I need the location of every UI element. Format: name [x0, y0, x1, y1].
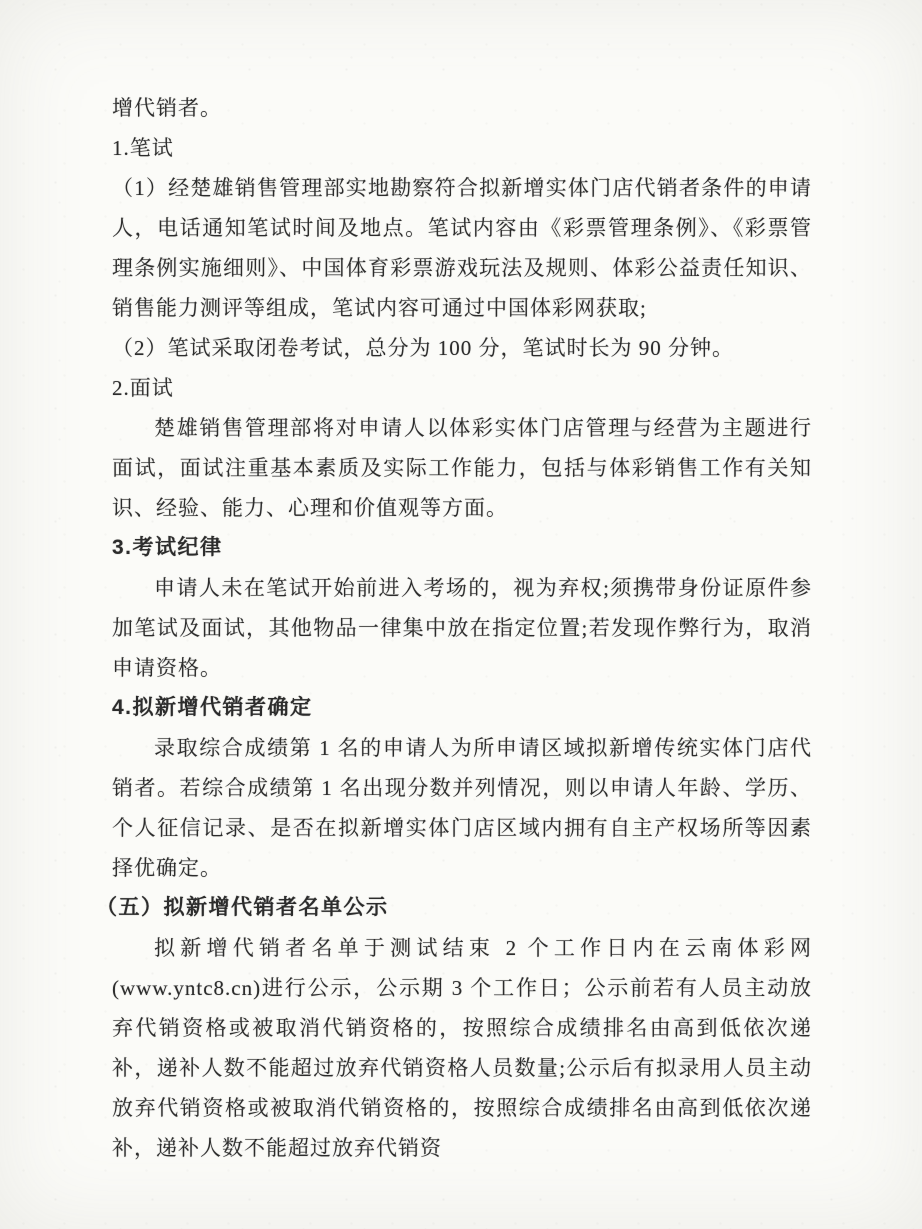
- heading-exam-discipline: 3.考试纪律: [112, 528, 812, 568]
- para-written-test-1: （1）经楚雄销售管理部实地勘察符合拟新增实体门店代销者条件的申请人，电话通知笔试…: [112, 168, 812, 328]
- para-continuation: 增代销者。: [112, 88, 812, 128]
- para-new-agent-determination: 录取综合成绩第 1 名的申请人为所申请区域拟新增传统实体门店代销者。若综合成绩第…: [112, 728, 812, 888]
- heading-section5-public-notice: （五）拟新增代销者名单公示: [96, 888, 812, 928]
- para-exam-discipline: 申请人未在笔试开始前进入考场的，视为弃权;须携带身份证原件参加笔试及面试，其他物…: [112, 568, 812, 688]
- heading-written-test: 1.笔试: [112, 128, 812, 168]
- para-public-notice: 拟新增代销者名单于测试结束 2 个工作日内在云南体彩网(www.yntc8.cn…: [112, 928, 812, 1168]
- para-written-test-2: （2）笔试采取闭卷考试，总分为 100 分，笔试时长为 90 分钟。: [112, 328, 812, 368]
- heading-interview: 2.面试: [112, 368, 812, 408]
- para-interview: 楚雄销售管理部将对申请人以体彩实体门店管理与经营为主题进行面试，面试注重基本素质…: [112, 408, 812, 528]
- heading-new-agent-determination: 4.拟新增代销者确定: [112, 688, 812, 728]
- document-page: 增代销者。 1.笔试 （1）经楚雄销售管理部实地勘察符合拟新增实体门店代销者条件…: [112, 88, 812, 1168]
